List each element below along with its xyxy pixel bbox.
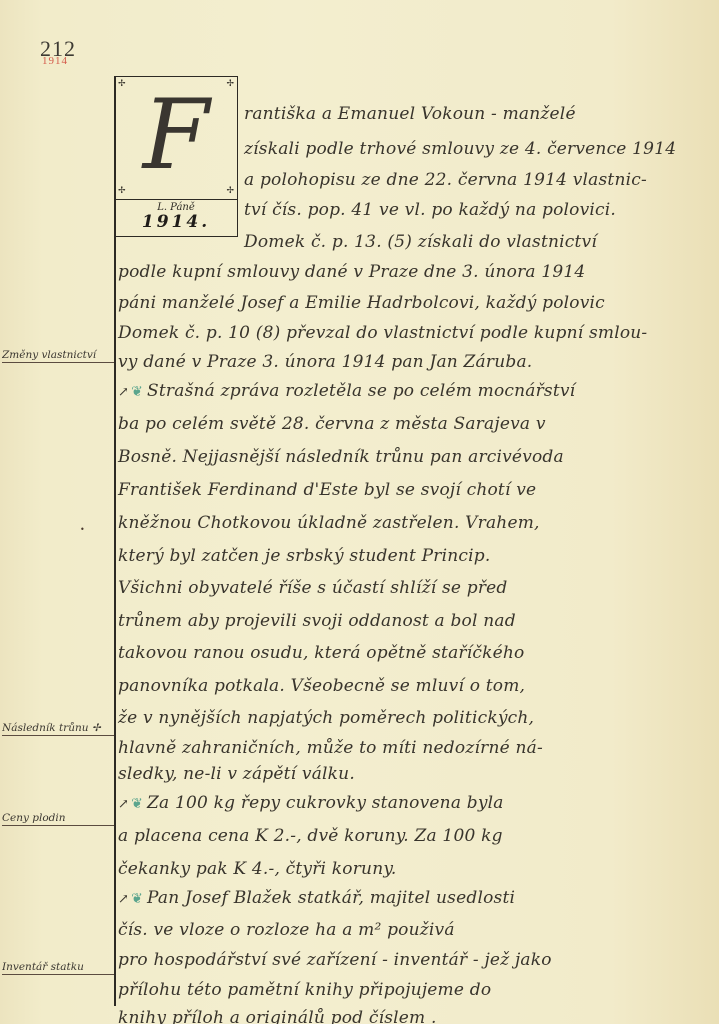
text-line: ↗❦Za 100 kg řepy cukrovky stanovena byla [118,793,504,813]
text-line: takovou ranou osudu, která opětně staříč… [118,643,524,663]
text-line-content: Za 100 kg řepy cukrovky stanovena byla [147,793,504,813]
text-line: páni manželé Josef a Emilie Hadrbolcovi,… [118,293,605,313]
text-line: hlavně zahraničních, může to míti nedozí… [118,738,543,758]
text-line-content: tví čís. pop. 41 ve vl. po každý na polo… [244,200,616,220]
text-line: trůnem aby projevili svoji oddanost a bo… [118,611,516,631]
text-line-content: že v nynějších napjatých poměrech politi… [118,708,534,728]
paragraph-arrow-icon: ↗ [118,892,129,907]
text-line-content: trůnem aby projevili svoji oddanost a bo… [118,611,516,631]
text-line-content: Domek č. p. 10 (8) převzal do vlastnictv… [118,323,647,343]
text-line: čekanky pak K 4.-, čtyři koruny. [118,859,397,879]
text-line-content: Bosně. Nejjasnější následník trůnu pan a… [118,447,564,467]
green-leaf-icon: ❦ [131,891,143,907]
margin-note: Změny vlastnictví [2,349,114,363]
text-line-content: rantiška a Emanuel Vokoun - manželé [244,104,576,124]
text-line: a polohopisu ze dne 22. června 1914 vlas… [244,170,647,190]
text-line: že v nynějších napjatých poměrech politi… [118,708,534,728]
text-line: ba po celém světě 28. června z města Sar… [118,414,546,434]
paragraph-arrow-icon: ↗ [118,385,129,400]
text-line: rantiška a Emanuel Vokoun - manželé [244,104,576,124]
text-line: ↗❦Strašná zpráva rozletěla se po celém m… [118,381,575,401]
text-line: čís. ve vloze o rozloze ha a m² použivá [118,920,455,940]
text-line-content: Domek č. p. 13. (5) získali do vlastnict… [244,232,597,252]
text-line-content: přílohu této pamětní knihy připojujeme d… [118,980,491,1000]
text-line-content: podle kupní smlouvy dané v Praze dne 3. … [118,262,585,282]
text-line: pro hospodářství své zařízení - inventář… [118,950,552,970]
decorated-initial-box: ✢ ✢ ✢ ✢ F [114,76,238,200]
paragraph-arrow-icon: ↗ [118,797,129,812]
text-line: František Ferdinand d'Este byl se svojí … [118,480,536,500]
text-line: podle kupní smlouvy dané v Praze dne 3. … [118,262,585,282]
margin-note: Ceny plodin [2,812,114,826]
text-line: přílohu této pamětní knihy připojujeme d… [118,980,491,1000]
year-value: 1914. [115,213,237,232]
text-line-content: čekanky pak K 4.-, čtyři koruny. [118,859,397,879]
text-line: Bosně. Nejjasnější následník trůnu pan a… [118,447,564,467]
text-line-content: sledky, ne-li v zápětí válku. [118,764,355,784]
text-line-content: Pan Josef Blažek statkář, majitel usedlo… [147,888,515,908]
text-line: získali podle trhové smlouvy ze 4. červe… [244,139,676,159]
text-line-content: pro hospodářství své zařízení - inventář… [118,950,552,970]
text-line-content: hlavně zahraničních, může to míti nedozí… [118,738,543,758]
text-line: Domek č. p. 10 (8) převzal do vlastnictv… [118,323,647,343]
text-line-content: páni manželé Josef a Emilie Hadrbolcovi,… [118,293,605,313]
text-line-content: a placena cena K 2.-, dvě koruny. Za 100… [118,826,503,846]
green-leaf-icon: ❦ [131,384,143,400]
chronicle-page: 212 1914 ✢ ✢ ✢ ✢ F L. Páně 1914. Změny v… [0,0,719,1024]
text-line: ↗❦Pan Josef Blažek statkář, majitel used… [118,888,515,908]
text-line: který byl zatčen je srbský student Princ… [118,546,490,566]
green-leaf-icon: ❦ [131,796,143,812]
text-line-content: ba po celém světě 28. června z města Sar… [118,414,546,434]
text-line: kněžnou Chotkovou úkladně zastřelen. Vra… [118,513,540,533]
text-line-content: Všichni obyvatelé říše s účastí shlíží s… [118,578,508,598]
ink-spot: • [80,525,85,534]
initial-letter: F [115,83,237,189]
text-line-content: který byl zatčen je srbský student Princ… [118,546,490,566]
text-line: a placena cena K 2.-, dvě koruny. Za 100… [118,826,503,846]
text-line-content: a polohopisu ze dne 22. června 1914 vlas… [244,170,647,190]
text-line-content: Strašná zpráva rozletěla se po celém moc… [147,381,575,401]
text-line-content: čís. ve vloze o rozloze ha a m² použivá [118,920,455,940]
year-box: L. Páně 1914. [114,199,238,237]
text-line: vy dané v Praze 3. února 1914 pan Jan Zá… [118,352,532,372]
text-line-content: panovníka potkala. Všeobecně se mluví o … [118,676,525,696]
text-line-content: František Ferdinand d'Este byl se svojí … [118,480,536,500]
text-line: sledky, ne-li v zápětí válku. [118,764,355,784]
text-line-content: kněžnou Chotkovou úkladně zastřelen. Vra… [118,513,540,533]
text-line: Domek č. p. 13. (5) získali do vlastnict… [244,232,597,252]
margin-note: Následník trůnu ✢ [2,722,114,736]
text-line-content: knihy příloh a originálů pod číslem . [118,1008,437,1024]
text-line: Všichni obyvatelé říše s účastí shlíží s… [118,578,508,598]
text-line: panovníka potkala. Všeobecně se mluví o … [118,676,525,696]
text-line: knihy příloh a originálů pod číslem . [118,1008,437,1024]
year-stamp: 1914 [42,55,68,67]
text-line: tví čís. pop. 41 ve vl. po každý na polo… [244,200,616,220]
margin-note: Inventář statku [2,961,114,975]
text-line-content: získali podle trhové smlouvy ze 4. červe… [244,139,676,159]
text-line-content: vy dané v Praze 3. února 1914 pan Jan Zá… [118,352,532,372]
text-line-content: takovou ranou osudu, která opětně staříč… [118,643,524,663]
